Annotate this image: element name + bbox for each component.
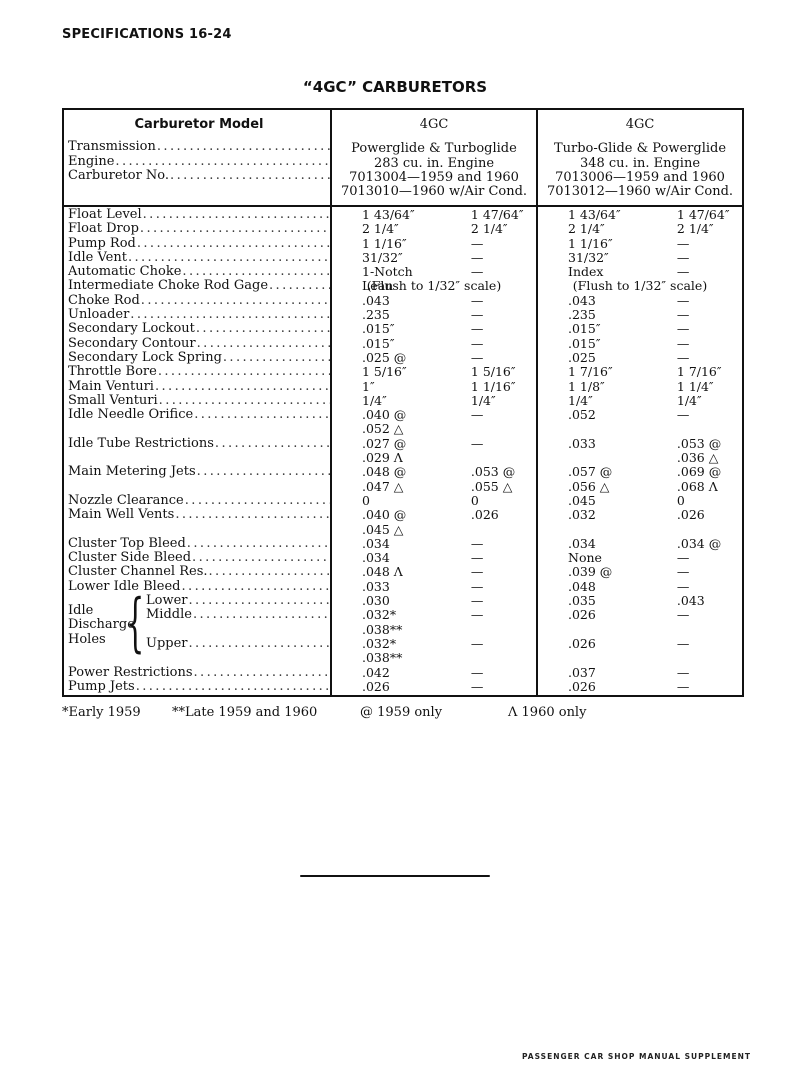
value-cell: .057 @ bbox=[538, 465, 649, 479]
value-cell: Index bbox=[538, 265, 649, 279]
table-row: .015″— bbox=[538, 337, 742, 351]
value-cell: .032 bbox=[538, 508, 649, 522]
value-cell: .045 bbox=[538, 494, 649, 508]
value-cell: — bbox=[443, 251, 536, 265]
row-label-text: Main Well Vents bbox=[68, 508, 174, 522]
value-cell: .053 @ bbox=[443, 465, 536, 479]
table-row: .027 @— bbox=[332, 437, 536, 451]
page-footer: PASSENGER CAR SHOP MANUAL SUPPLEMENT bbox=[522, 1052, 751, 1061]
value-cell: .043 bbox=[332, 294, 443, 308]
value-cell: .034 bbox=[332, 551, 443, 565]
table-row: 1″1 1/16″ bbox=[332, 380, 536, 394]
row-label-text: Cluster Channel Res. bbox=[68, 565, 208, 579]
footnote: **Late 1959 and 1960 bbox=[172, 705, 317, 720]
row-label: Nozzle Clearance........................… bbox=[68, 494, 330, 508]
value-cell: .015″ bbox=[332, 337, 443, 351]
table-row: 31/32″— bbox=[332, 251, 536, 265]
value-cell bbox=[649, 623, 742, 637]
row-label-text: Secondary Lock Spring bbox=[68, 351, 222, 365]
value-cell: 0 bbox=[443, 494, 536, 508]
table-row: .052— bbox=[538, 408, 742, 422]
value-cell: — bbox=[443, 680, 536, 694]
value-cell: 1 7/16″ bbox=[649, 365, 742, 379]
value-cell: .038** bbox=[332, 623, 443, 637]
row-label: Pump Rod................................… bbox=[68, 237, 330, 251]
table-row: .033.053 @ bbox=[538, 437, 742, 451]
value-cell bbox=[443, 523, 536, 537]
value-cell: — bbox=[443, 351, 536, 365]
row-label-text: Pump Rod bbox=[68, 237, 136, 251]
row-label bbox=[146, 623, 330, 637]
value-cell: .052 △ bbox=[332, 422, 443, 436]
carburetor-model-label: Carburetor Model bbox=[68, 118, 330, 132]
row-label: Idle Tube Restrictions..................… bbox=[68, 437, 330, 451]
value-cell bbox=[443, 451, 536, 465]
value-cell bbox=[538, 623, 649, 637]
row-label: Float Drop..............................… bbox=[68, 222, 330, 236]
table-row: .048— bbox=[538, 580, 742, 594]
value-cell: .048 Λ bbox=[332, 565, 443, 579]
value-cell bbox=[649, 651, 742, 665]
table-row: 2 1/4″2 1/4″ bbox=[538, 222, 742, 236]
group-label-line: Discharge bbox=[68, 618, 135, 632]
row-label-text: Idle Needle Orifice bbox=[68, 408, 193, 422]
table-row: 1-Notch Lean— bbox=[332, 265, 536, 279]
row-label: Automatic Choke.........................… bbox=[68, 265, 330, 279]
table-row: .029 Λ bbox=[332, 451, 536, 465]
idle-discharge-sublabels: Lower...................................… bbox=[146, 594, 330, 665]
row-label-text: Small Venturi bbox=[68, 394, 158, 408]
table-row: 1/4″1/4″ bbox=[332, 394, 536, 408]
table-row: 1 1/16″— bbox=[332, 237, 536, 251]
group-label-line: Holes bbox=[68, 633, 135, 647]
row-label: Unloader................................… bbox=[68, 308, 330, 322]
page-header: SPECIFICATIONS 16-24 bbox=[62, 27, 232, 42]
value-cell: — bbox=[443, 294, 536, 308]
leader-dots: ........................................… bbox=[188, 637, 330, 651]
row-label bbox=[68, 451, 330, 465]
leader-dots: ........................................… bbox=[127, 251, 330, 265]
leader-dots: ........................................… bbox=[196, 465, 330, 479]
value-cell: .047 △ bbox=[332, 480, 443, 494]
table-row: .052 △ bbox=[332, 422, 536, 436]
value-cell: 1/4″ bbox=[538, 394, 649, 408]
value-cell: — bbox=[649, 265, 742, 279]
leader-dots: ........................................… bbox=[186, 537, 330, 551]
value-cell: .040 @ bbox=[332, 408, 443, 422]
spec-table: Carburetor Model Transmission...........… bbox=[62, 108, 744, 697]
value-cell: 1 7/16″ bbox=[538, 365, 649, 379]
value-cell: .069 @ bbox=[649, 465, 742, 479]
table-row: .033— bbox=[332, 580, 536, 594]
value-cell: 2 1/4″ bbox=[443, 222, 536, 236]
leader-dots: ........................................… bbox=[135, 680, 330, 694]
value-cell: — bbox=[649, 322, 742, 336]
value-cell: — bbox=[649, 680, 742, 694]
value-cell: .052 bbox=[538, 408, 649, 422]
value-cell: .026 bbox=[538, 637, 649, 651]
value-cell: .045 △ bbox=[332, 523, 443, 537]
leader-dots: ........................................… bbox=[174, 508, 330, 522]
value-cell: .033 bbox=[332, 580, 443, 594]
table-row: .015″— bbox=[538, 322, 742, 336]
value-cell: .043 bbox=[538, 294, 649, 308]
table-row: .015″— bbox=[332, 337, 536, 351]
value-cell: 1-Notch Lean bbox=[332, 265, 443, 279]
value-cell: 1 1/8″ bbox=[538, 380, 649, 394]
table-row: 1/4″1/4″ bbox=[538, 394, 742, 408]
table-row: .034— bbox=[332, 537, 536, 551]
row-label: Float Level.............................… bbox=[68, 208, 330, 222]
value-cell: 0 bbox=[649, 494, 742, 508]
row-label-text: Nozzle Clearance bbox=[68, 494, 184, 508]
value-cell: — bbox=[443, 265, 536, 279]
table-row: .034— bbox=[332, 551, 536, 565]
row-label-text: Power Restrictions bbox=[68, 666, 193, 680]
value-cell: .056 △ bbox=[538, 480, 649, 494]
row-labels: Float Level.............................… bbox=[68, 208, 330, 694]
value-cell: — bbox=[443, 565, 536, 579]
table-row: 1 43/64″1 47/64″ bbox=[538, 208, 742, 222]
leader-dots: ........................................… bbox=[222, 351, 330, 365]
value-cell: — bbox=[443, 408, 536, 422]
row-label: Power Restrictions......................… bbox=[68, 666, 330, 680]
value-cell: .026 bbox=[332, 680, 443, 694]
value-cell: — bbox=[649, 294, 742, 308]
value-cell: .025 @ bbox=[332, 351, 443, 365]
leader-dots: ........................................… bbox=[191, 551, 330, 565]
leader-dots: ........................................… bbox=[158, 394, 330, 408]
row-label: Secondary Contour.......................… bbox=[68, 337, 330, 351]
footnote: @ 1959 only bbox=[360, 705, 442, 720]
table-row: .026— bbox=[538, 637, 742, 651]
value-cell: — bbox=[443, 551, 536, 565]
row-label: Cluster Side Bleed......................… bbox=[68, 551, 330, 565]
value-cell: 1 1/16″ bbox=[443, 380, 536, 394]
value-cell: .036 △ bbox=[649, 451, 742, 465]
row-label-text: Lower Idle Bleed bbox=[68, 580, 181, 594]
table-row: 00 bbox=[332, 494, 536, 508]
row-label-text: Main Venturi bbox=[68, 380, 154, 394]
value-cell: .034 @ bbox=[649, 537, 742, 551]
brace-icon: { bbox=[126, 588, 144, 658]
row-label: Idle Vent...............................… bbox=[68, 251, 330, 265]
value-cell: 1 1/16″ bbox=[538, 237, 649, 251]
row-label: Small Venturi...........................… bbox=[68, 394, 330, 408]
footnote: *Early 1959 bbox=[62, 705, 141, 720]
value-cell: .048 bbox=[538, 580, 649, 594]
leader-dots: ........................................… bbox=[268, 279, 330, 293]
row-label-text: Cluster Top Bleed bbox=[68, 537, 186, 551]
table-row: .025— bbox=[538, 351, 742, 365]
leader-dots: ........................................… bbox=[157, 365, 330, 379]
row-label bbox=[68, 480, 330, 494]
value-cell: (Flush to 1/32″ scale) bbox=[538, 279, 742, 293]
row-label: Main Venturi............................… bbox=[68, 380, 330, 394]
table-row: .036 △ bbox=[538, 451, 742, 465]
value-cell: — bbox=[649, 251, 742, 265]
value-cell: .026 bbox=[649, 508, 742, 522]
value-cell: — bbox=[443, 594, 536, 608]
table-row: .040 @— bbox=[332, 408, 536, 422]
value-cell: — bbox=[443, 437, 536, 451]
table-row: .032.026 bbox=[538, 508, 742, 522]
value-cell: — bbox=[443, 608, 536, 622]
table-row: .040 @.026 bbox=[332, 508, 536, 522]
table-row bbox=[538, 523, 742, 537]
row-label-text: Middle bbox=[146, 608, 192, 622]
leader-dots: ........................................… bbox=[140, 294, 330, 308]
table-row: .0450 bbox=[538, 494, 742, 508]
value-cell: 1 47/64″ bbox=[649, 208, 742, 222]
value-cell bbox=[538, 523, 649, 537]
value-cell: .026 bbox=[443, 508, 536, 522]
table-row: .035.043 bbox=[538, 594, 742, 608]
row-label: Upper...................................… bbox=[146, 637, 330, 651]
value-cell: 31/32″ bbox=[538, 251, 649, 265]
table-row: .043— bbox=[538, 294, 742, 308]
row-label: Throttle Bore...........................… bbox=[68, 365, 330, 379]
table-row: .038** bbox=[332, 651, 536, 665]
leader-dots: ........................................… bbox=[142, 208, 330, 222]
row-label: Engine..................................… bbox=[68, 155, 330, 169]
row-label: Cluster Top Bleed.......................… bbox=[68, 537, 330, 551]
value-cell: 1/4″ bbox=[443, 394, 536, 408]
value-cell: 1″ bbox=[332, 380, 443, 394]
row-label-text: Automatic Choke bbox=[68, 265, 181, 279]
value-cell: .034 bbox=[538, 537, 649, 551]
row-label: Lower...................................… bbox=[146, 594, 330, 608]
value-cell: 1 5/16″ bbox=[443, 365, 536, 379]
table-row: 31/32″— bbox=[538, 251, 742, 265]
table-row: Index— bbox=[538, 265, 742, 279]
header-labels: Carburetor Model Transmission...........… bbox=[68, 118, 330, 183]
value-cell bbox=[443, 623, 536, 637]
values-283: 1 43/64″1 47/64″2 1/4″2 1/4″1 1/16″—31/3… bbox=[332, 208, 536, 694]
value-cell: .043 bbox=[649, 594, 742, 608]
value-cell: .038** bbox=[332, 651, 443, 665]
value-cell: .235 bbox=[332, 308, 443, 322]
row-label-text: Main Metering Jets bbox=[68, 465, 196, 479]
leader-dots: ........................................… bbox=[129, 308, 330, 322]
value-cell: .029 Λ bbox=[332, 451, 443, 465]
value-cell: 1 43/64″ bbox=[332, 208, 443, 222]
value-cell: .039 @ bbox=[538, 565, 649, 579]
value-cell: — bbox=[649, 337, 742, 351]
table-row: .235— bbox=[332, 308, 536, 322]
table-row: .048 Λ— bbox=[332, 565, 536, 579]
value-cell: .053 @ bbox=[649, 437, 742, 451]
table-row: .026— bbox=[538, 680, 742, 694]
table-row: 1 1/16″— bbox=[538, 237, 742, 251]
row-label-text: Float Level bbox=[68, 208, 142, 222]
value-cell: .235 bbox=[538, 308, 649, 322]
leader-dots: ........................................… bbox=[188, 594, 331, 608]
table-row: .026— bbox=[332, 680, 536, 694]
value-cell: .026 bbox=[538, 680, 649, 694]
leader-dots: ........................................… bbox=[192, 608, 330, 622]
leader-dots: ........................................… bbox=[181, 265, 330, 279]
value-cell: — bbox=[443, 637, 536, 651]
row-label: Middle..................................… bbox=[146, 608, 330, 622]
value-cell: — bbox=[649, 565, 742, 579]
row-label: Cluster Channel Res.....................… bbox=[68, 565, 330, 579]
table-row: .026— bbox=[538, 608, 742, 622]
table-row: (Flush to 1/32″ scale) bbox=[538, 279, 742, 293]
value-cell bbox=[443, 422, 536, 436]
row-label bbox=[68, 422, 330, 436]
table-row: .057 @.069 @ bbox=[538, 465, 742, 479]
table-row: .042— bbox=[332, 666, 536, 680]
row-label: Main Metering Jets......................… bbox=[68, 465, 330, 479]
value-cell bbox=[443, 651, 536, 665]
value-cell: 1 1/16″ bbox=[332, 237, 443, 251]
table-row: 2 1/4″2 1/4″ bbox=[332, 222, 536, 236]
table-row: 1 1/8″1 1/4″ bbox=[538, 380, 742, 394]
value-cell: 1 5/16″ bbox=[332, 365, 443, 379]
value-cell bbox=[538, 422, 649, 436]
value-cell: 1 47/64″ bbox=[443, 208, 536, 222]
value-cell bbox=[538, 651, 649, 665]
table-row bbox=[538, 422, 742, 436]
value-cell: .027 @ bbox=[332, 437, 443, 451]
row-label-text: Idle Vent bbox=[68, 251, 127, 265]
value-cell bbox=[649, 422, 742, 436]
row-label-text: Lower bbox=[146, 594, 188, 608]
row-label-text: Intermediate Choke Rod Gage bbox=[68, 279, 268, 293]
value-cell: 2 1/4″ bbox=[538, 222, 649, 236]
value-cell: .048 @ bbox=[332, 465, 443, 479]
row-label: Pump Jets...............................… bbox=[68, 680, 330, 694]
value-cell: 2 1/4″ bbox=[649, 222, 742, 236]
column-header-283: 4GC Powerglide & Turboglide 283 cu. in. … bbox=[332, 118, 536, 199]
value-cell: .035 bbox=[538, 594, 649, 608]
row-label-text: Choke Rod bbox=[68, 294, 140, 308]
value-cell: 31/32″ bbox=[332, 251, 443, 265]
row-label: Transmission............................… bbox=[68, 140, 330, 154]
value-cell: — bbox=[649, 408, 742, 422]
value-cell: — bbox=[649, 608, 742, 622]
value-cell bbox=[538, 451, 649, 465]
table-row: .032*— bbox=[332, 637, 536, 651]
value-cell: .032* bbox=[332, 637, 443, 651]
row-label-text: Unloader bbox=[68, 308, 129, 322]
table-row: .034.034 @ bbox=[538, 537, 742, 551]
row-label: Choke Rod...............................… bbox=[68, 294, 330, 308]
value-cell: .030 bbox=[332, 594, 443, 608]
row-label-text: Float Drop bbox=[68, 222, 139, 236]
value-cell: .025 bbox=[538, 351, 649, 365]
leader-dots: ........................................… bbox=[214, 437, 330, 451]
value-cell: — bbox=[649, 580, 742, 594]
row-label-text: Idle Tube Restrictions bbox=[68, 437, 214, 451]
leader-dots: ........................................… bbox=[195, 322, 330, 336]
row-label: Idle Needle Orifice.....................… bbox=[68, 408, 330, 422]
row-label-text: Upper bbox=[146, 637, 188, 651]
idle-discharge-label: IdleDischargeHoles bbox=[68, 604, 135, 647]
value-cell: — bbox=[443, 237, 536, 251]
value-cell: 1 1/4″ bbox=[649, 380, 742, 394]
value-cell: 1/4″ bbox=[649, 394, 742, 408]
table-row: None— bbox=[538, 551, 742, 565]
leader-dots: ........................................… bbox=[208, 565, 331, 579]
value-cell: — bbox=[649, 308, 742, 322]
leader-dots: ........................................… bbox=[193, 666, 331, 680]
row-label-text: Cluster Side Bleed bbox=[68, 551, 191, 565]
table-row: .047 △.055 △ bbox=[332, 480, 536, 494]
table-row: .043— bbox=[332, 294, 536, 308]
table-row: .056 △.068 Λ bbox=[538, 480, 742, 494]
leader-dots: ........................................… bbox=[196, 337, 330, 351]
value-cell: 1 43/64″ bbox=[538, 208, 649, 222]
value-cell: .026 bbox=[538, 608, 649, 622]
table-row bbox=[538, 623, 742, 637]
row-label-text: Secondary Contour bbox=[68, 337, 196, 351]
value-cell: .068 Λ bbox=[649, 480, 742, 494]
table-row: 1 5/16″1 5/16″ bbox=[332, 365, 536, 379]
table-row: .039 @— bbox=[538, 565, 742, 579]
leader-dots: ........................................… bbox=[184, 494, 330, 508]
table-row bbox=[538, 651, 742, 665]
row-label-text: Pump Jets bbox=[68, 680, 135, 694]
value-cell: — bbox=[443, 322, 536, 336]
value-cell: .032* bbox=[332, 608, 443, 622]
table-row: 1 7/16″1 7/16″ bbox=[538, 365, 742, 379]
row-label bbox=[146, 651, 330, 665]
column-header-348: 4GC Turbo-Glide & Powerglide 348 cu. in.… bbox=[538, 118, 742, 199]
row-label: Lower Idle Bleed........................… bbox=[68, 580, 330, 594]
value-cell bbox=[649, 523, 742, 537]
values-348: 1 43/64″1 47/64″2 1/4″2 1/4″1 1/16″—31/3… bbox=[538, 208, 742, 694]
value-cell: 2 1/4″ bbox=[332, 222, 443, 236]
value-cell: — bbox=[443, 337, 536, 351]
idle-discharge-group: IdleDischargeHoles{Lower................… bbox=[68, 594, 330, 666]
value-cell: 1/4″ bbox=[332, 394, 443, 408]
value-cell: — bbox=[443, 308, 536, 322]
table-row: .045 △ bbox=[332, 523, 536, 537]
row-label-text: Secondary Lockout bbox=[68, 322, 195, 336]
value-cell: .015″ bbox=[538, 322, 649, 336]
table-row: .015″— bbox=[332, 322, 536, 336]
group-label-line: Idle bbox=[68, 604, 135, 618]
leader-dots: ........................................… bbox=[136, 237, 330, 251]
value-cell: .037 bbox=[538, 666, 649, 680]
row-label bbox=[68, 523, 330, 537]
leader-dots: ........................................… bbox=[193, 408, 330, 422]
value-cell: .015″ bbox=[538, 337, 649, 351]
value-cell: .040 @ bbox=[332, 508, 443, 522]
table-row: (Flush to 1/32″ scale) bbox=[332, 279, 536, 293]
table-row: .048 @.053 @ bbox=[332, 465, 536, 479]
value-cell: — bbox=[649, 351, 742, 365]
table-row: .037— bbox=[538, 666, 742, 680]
table-row: .032*— bbox=[332, 608, 536, 622]
leader-dots: ........................................… bbox=[181, 580, 331, 594]
row-label: Secondary Lock Spring...................… bbox=[68, 351, 330, 365]
page-title: “4GC” CARBURETORS bbox=[0, 78, 790, 96]
table-row: .025 @— bbox=[332, 351, 536, 365]
footnote: Λ 1960 only bbox=[508, 705, 586, 720]
value-cell: — bbox=[649, 666, 742, 680]
row-label: Secondary Lockout.......................… bbox=[68, 322, 330, 336]
value-cell: — bbox=[649, 551, 742, 565]
value-cell: .042 bbox=[332, 666, 443, 680]
row-label-text: Throttle Bore bbox=[68, 365, 157, 379]
value-cell: None bbox=[538, 551, 649, 565]
value-cell: — bbox=[443, 666, 536, 680]
divider-rule bbox=[300, 875, 490, 877]
table-row: .038** bbox=[332, 623, 536, 637]
